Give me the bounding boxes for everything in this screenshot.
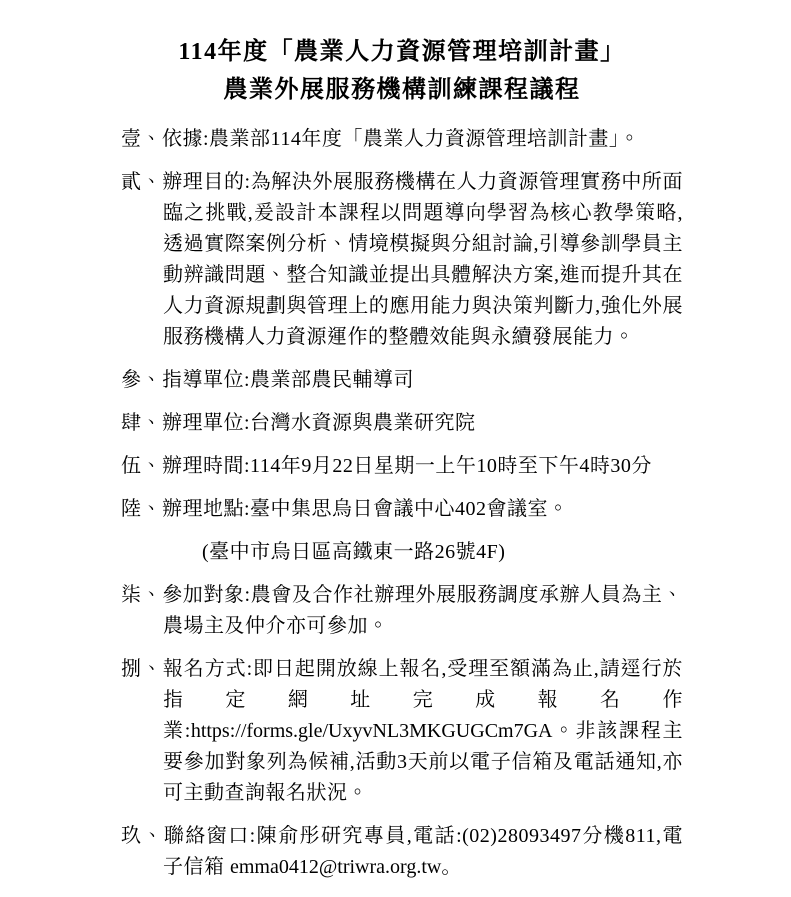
section-text: 指導單位:農業部農民輔導司 — [162, 369, 414, 391]
document-page: 114年度「農業人力資源管理培訓計畫」 農業外展服務機構訓練課程議程 壹、依據:… — [0, 0, 791, 897]
section-time: 伍、辦理時間:114年9月22日星期一上午10時至下午4時30分 — [121, 451, 683, 482]
section-text: 辦理單位:台灣水資源與農業研究院 — [162, 412, 476, 434]
section-organizer: 肆、辦理單位:台灣水資源與農業研究院 — [121, 408, 683, 439]
contact-email: emma0412@triwra.org.tw — [230, 856, 441, 878]
section-number: 貳、 — [121, 171, 162, 193]
section-text: 辦理時間:114年9月22日星期一上午10時至下午4時30分 — [162, 455, 652, 477]
section-number: 玖、 — [121, 825, 164, 847]
title-line-2: 農業外展服務機構訓練課程議程 — [121, 71, 683, 109]
section-guidance-unit: 參、指導單位:農業部農民輔導司 — [121, 365, 683, 396]
section-number: 肆、 — [121, 412, 162, 434]
section-participants: 柒、參加對象:農會及合作社辦理外展服務調度承辦人員為主、農場主及仲介亦可參加。 — [121, 580, 683, 642]
document-title: 114年度「農業人力資源管理培訓計畫」 農業外展服務機構訓練課程議程 — [121, 33, 683, 109]
section-location: 陸、辦理地點:臺中集思烏日會議中心402會議室。 — [121, 494, 683, 525]
title-line-1: 114年度「農業人力資源管理培訓計畫」 — [121, 33, 683, 71]
section-number: 伍、 — [121, 455, 162, 477]
section-basis: 壹、依據:農業部114年度「農業人力資源管理培訓計畫」。 — [121, 124, 683, 155]
section-purpose: 貳、辦理目的:為解決外展服務機構在人力資源管理實務中所面臨之挑戰,爰設計本課程以… — [121, 167, 683, 353]
section-text: 依據:農業部114年度「農業人力資源管理培訓計畫」。 — [162, 128, 640, 150]
section-text: 辦理地點:臺中集思烏日會議中心402會議室。 — [162, 498, 569, 520]
section-contact: 玖、聯絡窗口:陳俞彤研究專員,電話:(02)28093497分機811,電子信箱… — [121, 821, 683, 883]
section-number: 壹、 — [121, 128, 162, 150]
section-location-address: (臺中市烏日區高鐵東一路26號4F) — [121, 537, 683, 568]
section-number: 陸、 — [121, 498, 162, 520]
section-number: 參、 — [121, 369, 162, 391]
section-number: 捌、 — [121, 658, 163, 680]
section-registration: 捌、報名方式:即日起開放線上報名,受理至額滿為止,請逕行於指定網址完成報名作業:… — [121, 654, 683, 809]
registration-url: https://forms.gle/UxyvNL3MKGUGCm7GA — [191, 720, 553, 742]
section-number: 柒、 — [121, 584, 162, 606]
section-text: 辦理目的:為解決外展服務機構在人力資源管理實務中所面臨之挑戰,爰設計本課程以問題… — [162, 171, 683, 348]
section-text: 。 — [441, 856, 462, 878]
section-text: 參加對象:農會及合作社辦理外展服務調度承辦人員為主、農場主及仲介亦可參加。 — [162, 584, 683, 637]
